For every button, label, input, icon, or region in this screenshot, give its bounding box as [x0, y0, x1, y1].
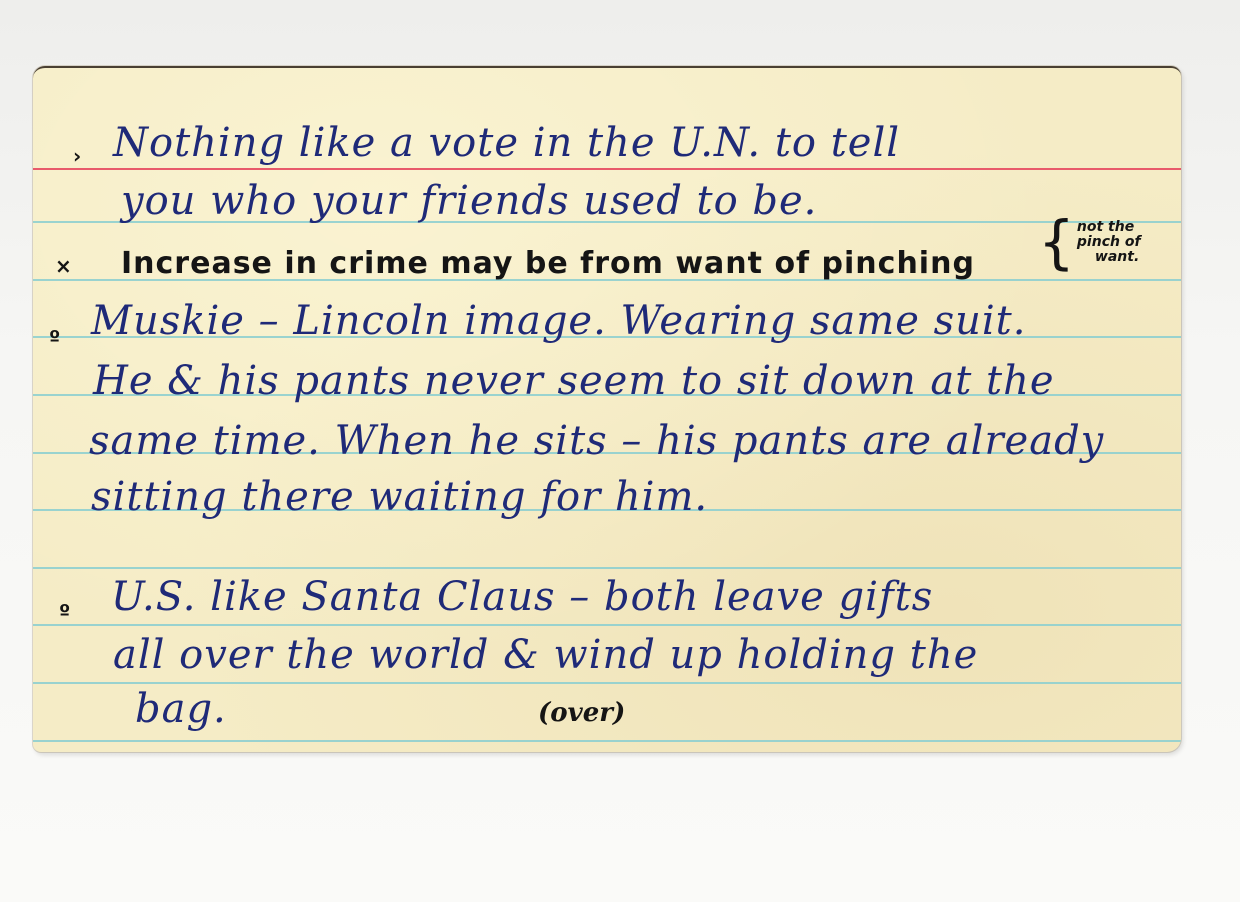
bullet-mark: º: [49, 326, 60, 350]
over-note: (over): [538, 698, 625, 728]
bullet-mark: ›: [73, 144, 81, 168]
annotation-text: not the pinch of want.: [1077, 220, 1141, 265]
note-line: Increase in crime may be from want of pi…: [121, 246, 975, 281]
ruled-line: [33, 624, 1181, 626]
note-line: Muskie – Lincoln image. Wearing same sui…: [91, 298, 1026, 344]
note-line: He & his pants never seem to sit down at…: [93, 358, 1055, 404]
note-line: bag.: [135, 686, 227, 732]
annotation-line: want.: [1077, 250, 1141, 265]
ruled-line: [33, 682, 1181, 684]
note-line: sitting there waiting for him.: [91, 474, 708, 520]
ruled-line: [33, 740, 1181, 742]
annotation-line: not the: [1077, 220, 1141, 235]
note-line: Nothing like a vote in the U.N. to tell: [113, 120, 900, 166]
index-card: › Nothing like a vote in the U.N. to tel…: [33, 66, 1181, 752]
ruled-line: [33, 567, 1181, 569]
bullet-mark: ×: [55, 254, 72, 278]
bullet-mark: º: [59, 600, 70, 624]
note-line: you who your friends used to be.: [121, 178, 817, 224]
note-line: same time. When he sits – his pants are …: [89, 418, 1104, 464]
margin-annotation: { not the pinch of want.: [1038, 213, 1141, 271]
header-rule: [33, 168, 1181, 170]
note-line: all over the world & wind up holding the: [113, 632, 978, 678]
brace-mark: {: [1038, 213, 1075, 271]
note-line: U.S. like Santa Claus – both leave gifts: [111, 574, 933, 620]
annotation-line: pinch of: [1077, 235, 1141, 250]
